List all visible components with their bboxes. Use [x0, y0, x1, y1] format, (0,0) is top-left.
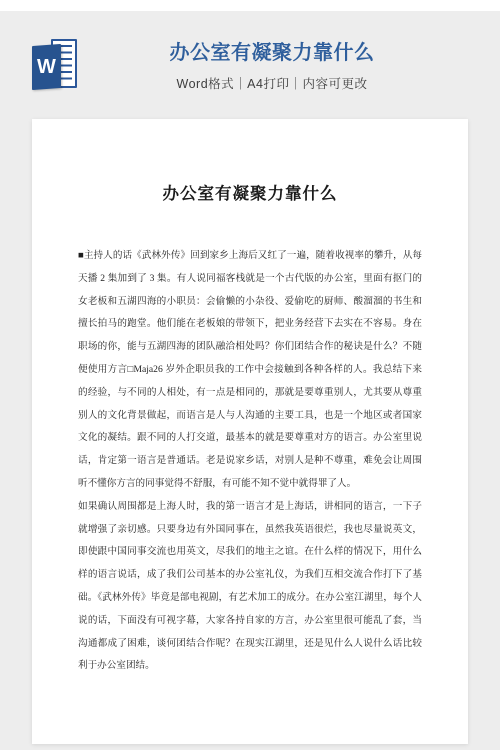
document-title: 办公室有凝聚力靠什么	[32, 180, 468, 204]
document-page: 办公室有凝聚力靠什么 ■主持人的话《武林外传》回到家乡上海后又红了一遍，随着收视…	[32, 119, 468, 744]
top-white-bar	[0, 0, 500, 11]
header-text-block: 办公室有凝聚力靠什么 Word格式｜A4打印｜内容可更改	[0, 41, 500, 92]
document-paragraph: 如果确认周围都是上海人时，我的第一语言才是上海话，讲相同的语言，一下子就增强了亲…	[78, 496, 422, 678]
header-subtitle: Word格式｜A4打印｜内容可更改	[44, 74, 500, 92]
header: W 办公室有凝聚力靠什么 Word格式｜A4打印｜内容可更改	[0, 11, 500, 119]
preview-page: W 办公室有凝聚力靠什么 Word格式｜A4打印｜内容可更改 办公室有凝聚力靠什…	[0, 0, 500, 750]
header-title: 办公室有凝聚力靠什么	[44, 41, 500, 65]
document-paragraph: ■主持人的话《武林外传》回到家乡上海后又红了一遍，随着收视率的攀升，从每天播 2…	[78, 245, 422, 496]
document-body: ■主持人的话《武林外传》回到家乡上海后又红了一遍，随着收视率的攀升，从每天播 2…	[78, 245, 422, 678]
